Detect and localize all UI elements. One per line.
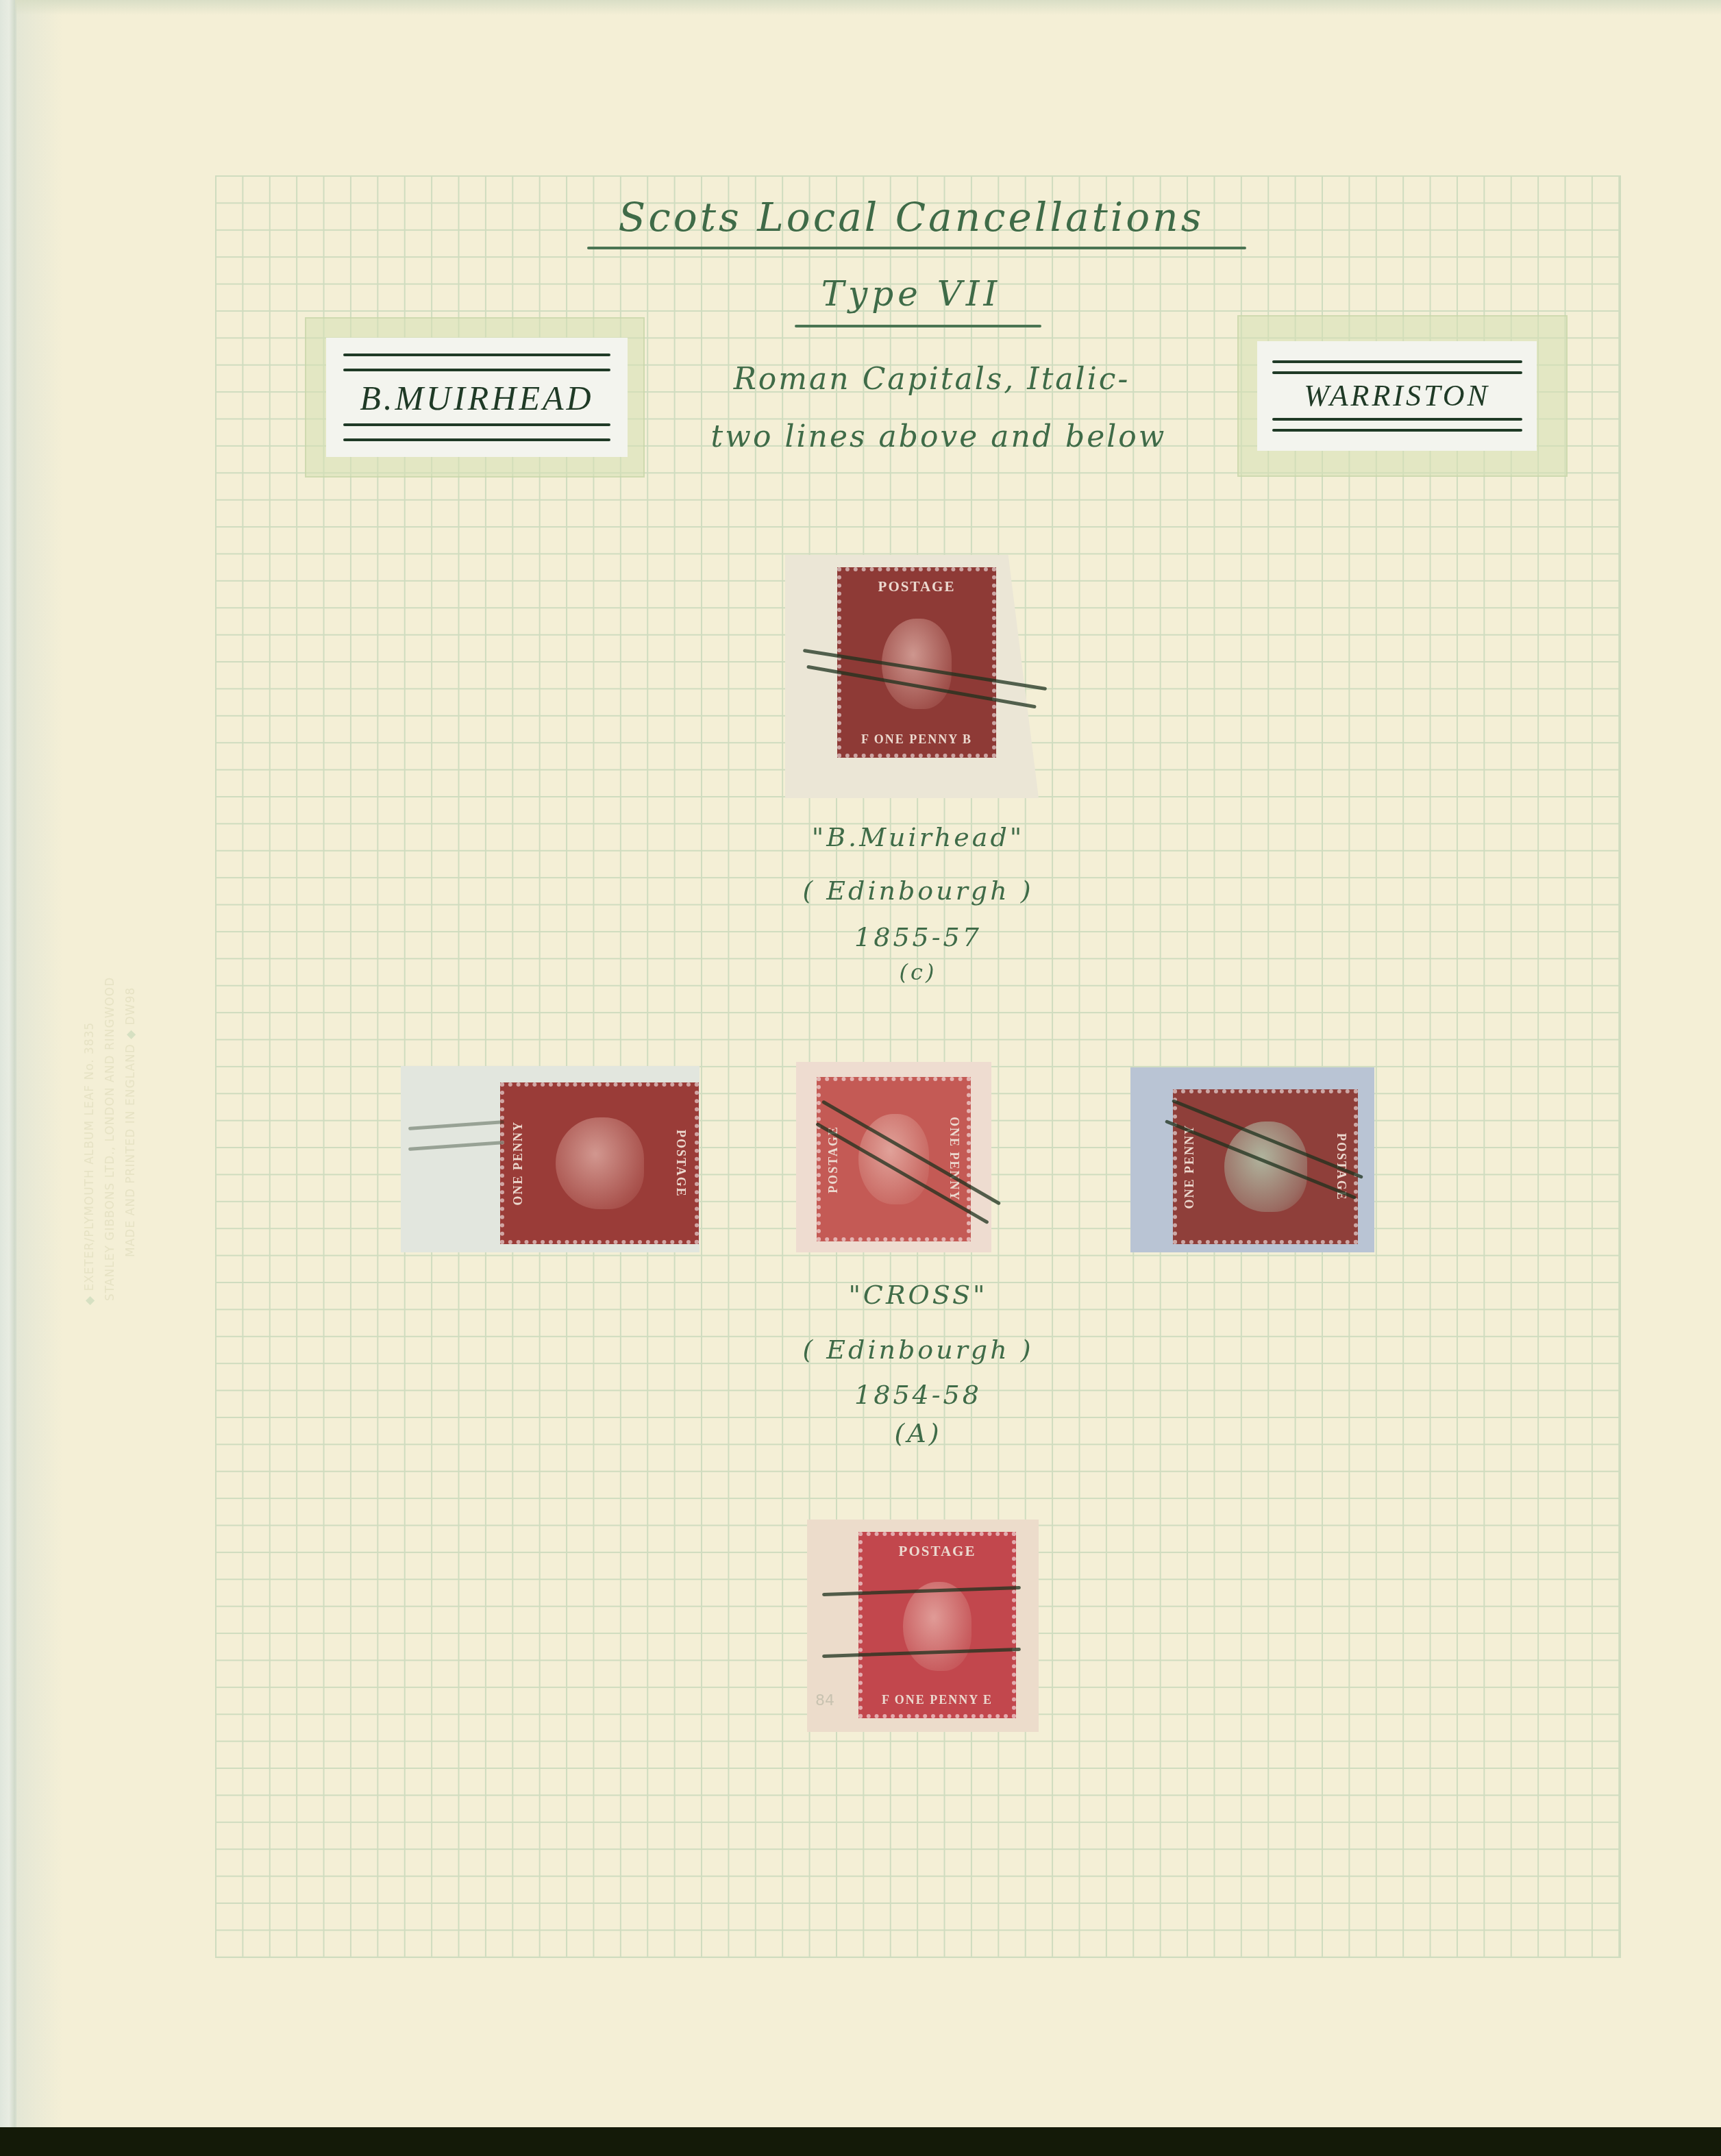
diamond-icon: ◆	[124, 1025, 138, 1043]
page-shadow-left	[15, 0, 63, 2127]
group-name: "CROSS"	[740, 1280, 1096, 1310]
label-rule	[1272, 371, 1522, 374]
stamp-penny-red: POSTAGE ONE PENNY	[817, 1077, 971, 1241]
subtitle-underline	[795, 325, 1041, 327]
group-grade: (c)	[740, 959, 1096, 985]
stamp-bottom-text: ONE PENNY	[874, 732, 958, 746]
stamp-corner-letter: E	[983, 1693, 993, 1707]
stamp-bottom-text: ONE PENNY	[511, 1121, 525, 1206]
label-text: WARRISTON	[1304, 381, 1490, 411]
stamp-bottom-text: ONE PENNY	[1183, 1124, 1197, 1209]
label-rule	[1272, 418, 1522, 421]
label-rule	[343, 423, 610, 426]
diamond-icon: ◆	[83, 1291, 97, 1305]
imprint-code: DW98	[124, 987, 138, 1026]
queen-portrait-icon	[903, 1582, 971, 1671]
stamp-penny-red: POSTAGE F ONE PENNY B	[837, 567, 996, 758]
stamp-corner-letter: F	[882, 1693, 890, 1707]
label-rule	[1272, 429, 1522, 432]
stamp-penny-red: ONE PENNY POSTAGE	[500, 1082, 699, 1244]
group-dates: 1855-57	[740, 922, 1096, 952]
page-shadow-top	[15, 0, 1721, 15]
group-name: "B.Muirhead"	[740, 822, 1096, 852]
printer-imprint: ◆ EXETER/PLYMOUTH ALBUM LEAF No. 3835 ST…	[79, 977, 141, 1305]
group-grade: (A)	[740, 1418, 1096, 1448]
group-dates: 1854-58	[740, 1380, 1096, 1410]
label-rule	[343, 438, 610, 441]
description-line-1: Roman Capitals, Italic-	[671, 362, 1192, 397]
label-rule	[343, 369, 610, 371]
stamp-bottom-text: ONE PENNY	[895, 1693, 979, 1707]
label-text: B.MUIRHEAD	[360, 381, 593, 415]
stamp-top-text: POSTAGE	[899, 1543, 976, 1560]
stamp-penny-red: POSTAGE F ONE PENNY E	[858, 1532, 1016, 1718]
stamp-top-text: POSTAGE	[673, 1130, 688, 1198]
cancellation-label-warriston: WARRISTON	[1257, 341, 1537, 451]
stamp-bottom-text: ONE PENNY	[947, 1117, 961, 1202]
label-rule	[343, 354, 610, 356]
imprint-line-1: EXETER/PLYMOUTH ALBUM LEAF No. 3835	[83, 1022, 97, 1291]
imprint-line-2: STANLEY GIBBONS LTD., LONDON AND RINGWOO…	[100, 977, 121, 1305]
cancellation-label-muirhead: B.MUIRHEAD	[326, 338, 628, 457]
page-subtitle: Type VII	[781, 274, 1041, 314]
stamp-corner-letter: F	[861, 732, 869, 746]
album-binding-strip	[0, 0, 16, 2127]
page-title: Scots Local Cancellations	[575, 194, 1247, 240]
label-rule	[1272, 360, 1522, 363]
queen-portrait-icon	[1224, 1122, 1307, 1213]
group-place: ( Edinbourgh )	[740, 876, 1096, 906]
scan-background-band	[0, 2127, 1721, 2156]
group-place: ( Edinbourgh )	[740, 1335, 1096, 1365]
stamp-top-text: POSTAGE	[878, 578, 956, 595]
pencil-note: 84	[815, 1692, 834, 1709]
stamp-corner-letter: B	[963, 732, 972, 746]
description-line-2: two lines above and below	[658, 419, 1219, 454]
queen-portrait-icon	[556, 1117, 644, 1209]
title-underline	[587, 247, 1246, 249]
imprint-line-3: MADE AND PRINTED IN ENGLAND	[124, 1043, 138, 1257]
